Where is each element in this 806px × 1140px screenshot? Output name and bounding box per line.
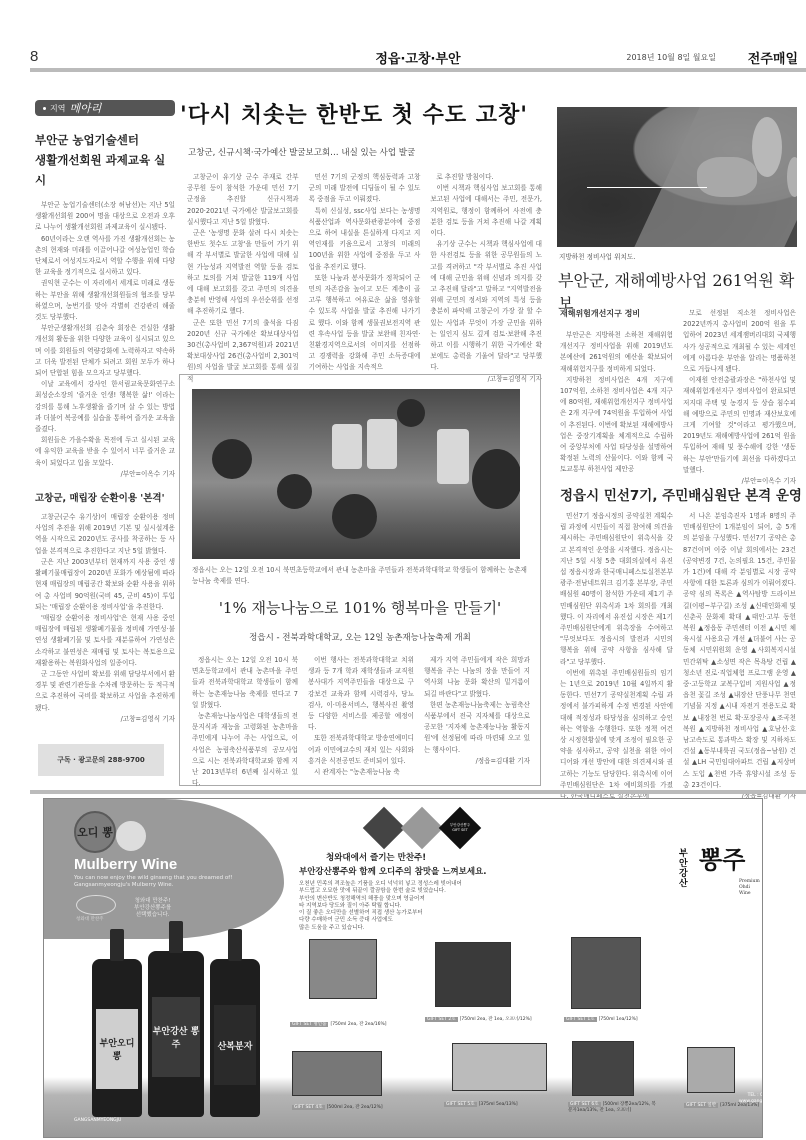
paragraph: 군은 '농생명 문화 살려 다시 치솟는 한반도 첫수도 고창'을 만들어 가기… — [187, 228, 299, 318]
main-article-body: 고창군이 유기상 군수 주재로 간부 공무원 등이 참석한 가운데 민선 7기 … — [187, 172, 542, 385]
text-column: 부안군은 지방하천 소하천 재해위험개선지구 정비사업을 위해 2019년도 본… — [560, 330, 673, 487]
gift-set-caption: GIFT SET 5호[375ml 5ea/13%] — [444, 1101, 518, 1107]
headline-line: 부안군 농업기술센터 — [35, 130, 175, 150]
paragraph: 이번 행사는 전북과학대학교 치위생과 등 7개 학과 재학생들과 교직원봉사대… — [308, 655, 414, 733]
article-body: 부안군 농업기술센터(소장 허남선)는 지난 5일 생활개선회원 200여 명을… — [35, 200, 175, 480]
paragraph: 로 추진할 방침이다. — [430, 172, 542, 183]
photo-figure — [367, 419, 397, 469]
paragraph: '매립장 순환이용 정비사업'은 현재 사용 중인 매립장에 매립된 생활폐기물… — [35, 613, 175, 669]
paragraph: 서 나온 분임촉진자 1명과 8명의 주민배심원단이 1개분임이 되어, 총 5… — [683, 511, 796, 791]
newspaper-name: 전주매일 — [748, 48, 798, 67]
mulberry-leaf-diamond — [401, 807, 443, 849]
bottle-label: 부안오디뽕 — [96, 1009, 138, 1089]
gift-set-box[interactable] — [309, 939, 377, 999]
subscription-contact: 구독 · 광고문의 288-9700 — [38, 744, 164, 776]
text-column: 민선 7기의 군정의 핵심동력과 고창군의 미래 발전에 디딤돌이 될 수 있도… — [309, 172, 421, 385]
byline: /고창=김영식 기자 — [35, 714, 175, 725]
presidential-seal-icon — [76, 895, 116, 915]
box-headline[interactable]: '1% 재능나눔으로 101% 행복마을 만들기' — [180, 597, 540, 618]
section-rule — [30, 790, 806, 794]
page-header: 8 정읍·고창·부안 2018년 10월 8일 월요일 전주매일 — [30, 48, 806, 68]
ad-body: 오천년 민족의 격조높은 기품을 오디 넉넉히 넣고 정성스레 빚어내어 부드럽… — [299, 881, 479, 932]
brand-wordmark: 뽕주 — [699, 847, 745, 873]
bottle-neck — [169, 921, 183, 953]
gift-set-box[interactable] — [292, 1051, 382, 1096]
paragraph: 부안군생활개선회 김춘숙 회장은 건실한 생활개선회 활동을 위한 다양한 교육… — [35, 323, 175, 379]
gift-set-desc: [750ml 1ea/12%] — [599, 1017, 638, 1022]
ad-body-line: 많은 도움을 주고 있습니다. — [299, 925, 479, 932]
paragraph: 부안군 농업기술센터(소장 허남선)는 지난 5일 생활개선회원 200여 명을… — [35, 200, 175, 234]
sandbar-shape — [697, 157, 757, 197]
column-tag-small: 지역 — [50, 103, 65, 114]
gift-set-caption: GIFT SET 1호[750ml 1ea/12%] — [564, 1016, 638, 1022]
header-rule — [30, 68, 806, 72]
photo-figure — [397, 399, 425, 427]
paragraph: 지방하천 정비사업은 4개 지구에 107억원, 소하천 정비사업은 4개 지구… — [560, 375, 673, 476]
bottle-label: 산복분자 — [214, 1005, 256, 1085]
article-body: 민선7기 정읍시정의 공약실천 계획수립 과정에 시민들이 직접 참여해 의견을… — [560, 511, 796, 802]
paragraph: 유기상 군수는 시책과 핵심사업에 대한 사전검토 등을 위한 공무원들의 노고… — [430, 239, 542, 373]
photo-figure — [277, 474, 312, 509]
photo-figure — [332, 424, 362, 469]
paragraph: 이날 교육에서 강사인 한서림교육문화연구소 최성순소장의 '즐거운 인생! 행… — [35, 379, 175, 435]
premium-label: Premium Ohdi Wine — [739, 879, 762, 897]
issue-date: 2018년 10월 8일 월요일 — [626, 52, 716, 63]
gift-set-tag: GIFT SET 명인품 — [290, 1022, 328, 1027]
paragraph: 고창군(군수 유기상)이 매립장 순환이용 정비사업의 추진을 위해 2019년… — [35, 512, 175, 557]
diamond-label-line: GIFT SET — [442, 828, 478, 833]
gift-set-box[interactable] — [572, 1041, 634, 1096]
article-body: 고창군(군수 유기상)이 매립장 순환이용 정비사업의 추진을 위해 2019년… — [35, 512, 175, 725]
article-body: 부안군은 지방하천 소하천 재해위험개선지구 정비사업을 위해 2019년도 본… — [560, 330, 796, 487]
gift-set-tag: GIFT SET 4호 — [292, 1105, 325, 1110]
column-tag: 지역 메아리 — [35, 100, 175, 116]
gift-set-tag: GIFT SET 1호 — [564, 1017, 597, 1022]
ad-contact: TEL : 063-584-8880 www.gangsanwine.com — [739, 1093, 763, 1105]
gift-set-desc: [500ml 2ea, 잔 2ea/12%] — [327, 1105, 383, 1110]
gift-set-box[interactable] — [687, 1047, 735, 1093]
text-column: 모로 선정된 직소천 정비사업은 2022년까지 총사업비 200억 원을 투입… — [683, 308, 796, 487]
aerial-map-photo[interactable] — [557, 107, 797, 247]
text-column: 이번 행사는 전북과학대학교 치위생과 등 7개 학과 재학생들과 교직원봉사대… — [308, 655, 414, 789]
article-headline[interactable]: 고창군, 매립장 순환이용 '본격' — [35, 490, 175, 504]
brand-logo-icon: 오디 뽕 — [74, 811, 116, 853]
paragraph: 이재원 안전총괄과장은 "하천사업 및 재해위험개선지구 정비사업이 완료되면 … — [683, 375, 796, 476]
gift-set-desc: [750ml 2ea, 잔 2ea/16%] — [330, 1022, 386, 1027]
article-headline[interactable]: 부안군 농업기술센터 생활개선회원 과제교육 실시 — [35, 130, 175, 190]
byline: /정읍=김대환 기자 — [424, 756, 530, 767]
paragraph: 시 관계자는 "농촌재능나눔 축 — [308, 767, 414, 778]
brand-mini-logo: GANGSANMYEONGJU — [74, 1118, 121, 1123]
gift-set-diamond-label: 부안강산뽕주 GIFT SET — [442, 823, 478, 832]
main-headline[interactable]: '다시 치솟는 한반도 첫 수도 고창' — [180, 98, 550, 129]
mascot-icon — [116, 821, 146, 851]
boxed-article: 정읍시는 오는 12일 오전 10시 북면초등학교에서 관내 농촌마을 주민들과… — [179, 374, 541, 786]
gift-set-tag: GIFT SET 5호 — [444, 1102, 477, 1107]
paragraph: 이번에 위촉된 주민배심원들의 임기는 1년으로 2019년 10월 4일까지 … — [560, 668, 673, 802]
paragraph: 한편 농촌재능나눔축제는 농림축산식품부에서 전국 지자체를 대상으로 공모한 … — [424, 700, 530, 756]
photo-caption: 정읍시는 오는 12일 오전 10시 북면초등학교에서 관내 농촌마을 주민들과… — [192, 565, 532, 587]
text-column: 서 나온 분임촉진자 1명과 8명의 주민배심원단이 1개분임이 되어, 총 5… — [683, 511, 796, 802]
ad-website[interactable]: www.gangsanwine.com — [739, 1099, 763, 1105]
map-marker-line — [587, 187, 707, 188]
wine-bottle[interactable]: 부안오디뽕 — [92, 959, 142, 1117]
ad-tagline: You can now enjoy the wild ginseng that … — [74, 875, 274, 889]
bottle-neck — [110, 929, 124, 961]
text-column: 민선7기 정읍시정의 공약실천 계획수립 과정에 시민들이 직접 참여해 의견을… — [560, 511, 673, 802]
gift-set-box[interactable] — [452, 1043, 547, 1091]
gift-set-caption: GIFT SET 2호[750ml 2ea, 잔 1ea, 오프너/12%] — [425, 1016, 532, 1022]
paragraph: 권익현 군수는 이 자리에서 세계로 미래로 생동하는 부안을 위해 생활개선회… — [35, 278, 175, 323]
paragraph: 부안군은 지방하천 소하천 재해위험개선지구 정비사업을 위해 2019년도 본… — [560, 330, 673, 375]
ad-title: Mulberry Wine — [74, 856, 177, 873]
text-column: 제가 지역 주민들에게 작은 희망과 행복을 주는 나눔의 장을 만들어 지역사… — [424, 655, 530, 789]
gift-set-desc: [750ml 2ea, 잔 1ea, 오프너/12%] — [460, 1017, 532, 1022]
wine-bottle[interactable]: 산복분자 — [210, 959, 260, 1117]
photo-figure — [332, 494, 377, 539]
gift-set-box[interactable] — [435, 942, 511, 1007]
text-column: 로 추진할 방침이다. 이번 시책과 핵심사업 보고회를 통해 보고된 사업에 … — [430, 172, 542, 385]
photo-figure — [437, 429, 469, 484]
seal-label: 청와대 만찬주 — [76, 916, 104, 922]
main-subheadline: 고창군, 신규시책·국가예산 발굴보고회… 내실 있는 사업 발굴 — [188, 146, 415, 158]
gift-set-tag: GIFT SET 일반 — [684, 1103, 718, 1108]
gift-set-desc: [375ml 5ea/13%] — [479, 1102, 518, 1107]
photo-figure — [472, 449, 520, 509]
ad-headline: 부안강산뽕주와 함께 오디주의 참맛을 느껴보세요. — [299, 865, 487, 877]
paragraph: 이번 시책과 핵심사업 보고회를 통해 보고된 사업에 대해서는 주민, 전문가… — [430, 183, 542, 239]
photo-figure — [212, 439, 252, 479]
sandbar-shape — [787, 157, 797, 197]
ad-body-line: 다량 수매하여 군민 소득 증대 사업에도 — [299, 917, 479, 924]
gift-set-box[interactable] — [571, 937, 641, 1009]
endorsement-line: 선택했습니다. — [134, 912, 171, 919]
ad-body-line: 부안의 변산반도 청정해역의 해풍을 맞으며 영글어져 — [299, 896, 479, 903]
paragraph: 민선 7기의 군정의 핵심동력과 고창군의 미래 발전에 디딤돌이 될 수 있도… — [309, 172, 421, 206]
paragraph: 군 그동안 사업비 확보를 위해 담당부서에서 환경부 및 관련기관등을 수차례… — [35, 669, 175, 714]
brand-subtitle: 부안강산 — [679, 849, 689, 889]
endorsement-line: 청와대 만찬주! — [134, 898, 171, 905]
paragraph: 제가 지역 주민들에게 작은 희망과 행복을 주는 나눔의 장을 만들어 지역사… — [424, 655, 530, 700]
headline-line: 생활개선회원 과제교육 실시 — [35, 150, 175, 190]
left-column: 지역 메아리 부안군 농업기술센터 생활개선회원 과제교육 실시 부안군 농업기… — [35, 100, 175, 725]
gift-set-caption: GIFT SET 4호[500ml 2ea, 잔 2ea/12%] — [292, 1104, 383, 1110]
byline: /부안=이옥수 기자 — [35, 469, 175, 480]
box-subheadline: 정읍시 - 전북과학대학교, 오는 12일 농촌재능나눔축제 개최 — [180, 631, 540, 643]
festival-photo[interactable] — [192, 389, 520, 559]
article-headline[interactable]: 정읍시 민선7기, 주민배심원단 본격 운영 — [560, 484, 802, 504]
paragraph: 회원들은 가을수확을 목전에 두고 실시된 교육에 유익한 교육을 받을 수 있… — [35, 435, 175, 469]
sandbar-shape — [752, 117, 782, 177]
text-column: 고창군이 유기상 군수 주재로 간부 공무원 등이 참석한 가운데 민선 7기 … — [187, 172, 299, 385]
article-subheadline: 재해위험개선지구 정비 — [560, 308, 640, 319]
paragraph: 민선7기 정읍시정의 공약실천 계획수립 과정에 시민들이 직접 참여해 의견을… — [560, 511, 673, 668]
gift-set-caption: GIFT SET 6호[500ml 장뽕2ea/12%, 복분자1ea/13%,… — [568, 1101, 658, 1113]
bullet-icon — [43, 107, 46, 110]
paragraph: 군은 지난 2003년부터 현재까지 사용 중인 생활폐기물매립장이 2020년… — [35, 557, 175, 613]
bottle-neck — [228, 929, 242, 961]
wine-bottle[interactable]: 부안강산 뽕주 — [148, 951, 204, 1117]
gift-set-caption: GIFT SET 명인품[750ml 2ea, 잔 2ea/16%] — [290, 1021, 387, 1027]
endorsement-text: 청와대 만찬주! 부안강산뽕주를 선택했습니다. — [134, 898, 171, 919]
column-tag-title: 메아리 — [69, 100, 101, 116]
ad-headline: 청와대에서 즐기는 만찬주! — [326, 851, 426, 863]
mulberry-wine-advertisement[interactable]: 오디 뽕 Mulberry Wine You can now enjoy the… — [43, 798, 763, 1138]
paragraph: 모로 선정된 직소천 정비사업은 2022년까지 총사업비 200억 원을 투입… — [683, 308, 796, 375]
paragraph: 또한 나눔과 봉사문화가 정착되어 군민의 자존감을 높이고 모든 계층이 골고… — [309, 273, 421, 374]
paragraph: 또한 전북과학대학교 방송연예미디어과 이민예교수의 재치 있는 사회와 흥겨운… — [308, 733, 414, 767]
gift-set-tag: GIFT SET 6호 — [568, 1102, 601, 1107]
paragraph: 정읍시는 오는 12일 오전 10시 북면초등학교에서 관내 농촌마을 주민들과… — [192, 655, 298, 711]
text-column: 정읍시는 오는 12일 오전 10시 북면초등학교에서 관내 농촌마을 주민들과… — [192, 655, 298, 789]
paragraph: 농촌재능나눔사업은 대학생들의 전문지식과 재능을 고령화된 농촌마을 주민에게… — [192, 711, 298, 789]
map-caption: 지방하천 정비사업 위치도. — [559, 251, 635, 261]
mulberry-photo-diamond — [363, 807, 405, 849]
bottle-label: 부안강산 뽕주 — [152, 997, 200, 1077]
ad-body-line: 부드럽고 오묘한 맛에 뒤끝이 깔끔함을 한번 술로 빚었습니다. — [299, 888, 479, 895]
gift-set-tag: GIFT SET 2호 — [425, 1017, 458, 1022]
box-article-body: 정읍시는 오는 12일 오전 10시 북면초등학교에서 관내 농촌마을 주민들과… — [192, 655, 530, 789]
paragraph: 특히 신실성, ssc사업 보다는 농생명 식품산업과 역사문화관광분야에 중점… — [309, 206, 421, 273]
paragraph: 고창군이 유기상 군수 주재로 간부 공무원 등이 참석한 가운데 민선 7기 … — [187, 172, 299, 228]
paragraph: 60년이라는 오랜 역사를 가진 생활개선회는 농촌의 현재와 미래를 이끌어나… — [35, 234, 175, 279]
endorsement-line: 부안강산뽕주를 — [134, 905, 171, 912]
